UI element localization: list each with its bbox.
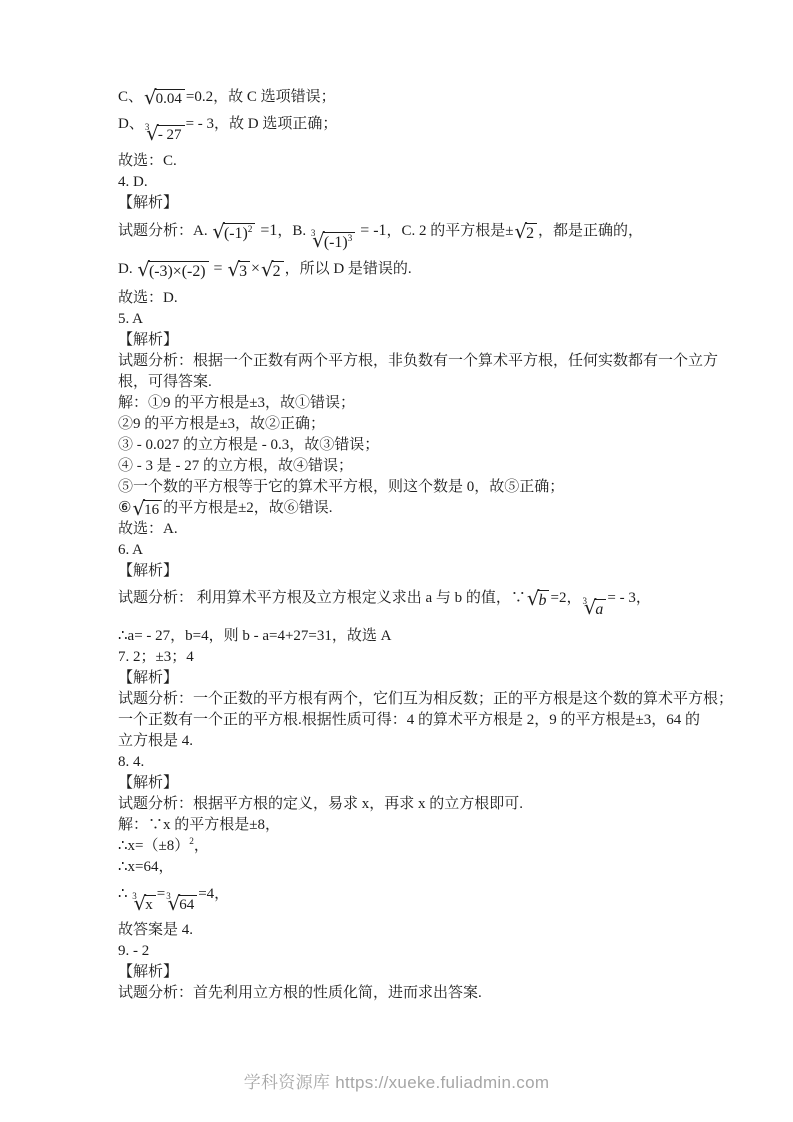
- text-segment: 5. A: [118, 311, 143, 327]
- text-segment: 立方根是 4.: [118, 733, 193, 749]
- document-line: C、√0.04=0.2，故 C 选项错误；: [118, 87, 738, 108]
- text-segment: 故选：A.: [118, 521, 178, 537]
- document-line: 5. A: [118, 309, 738, 330]
- text-segment: - 27: [158, 127, 182, 143]
- document-line: 【解析】: [118, 668, 738, 689]
- text-segment: =: [157, 886, 165, 902]
- text-segment: = - 3，故 D 选项正确；: [186, 116, 338, 132]
- radicand: (-1)3: [323, 232, 355, 253]
- text-segment: ④ - 3 是 - 27 的立方根，故④错误；: [118, 458, 353, 474]
- radicand: - 27: [157, 125, 185, 145]
- text-segment: D、: [118, 116, 144, 132]
- text-segment: = - 3，: [607, 590, 650, 606]
- square-root-radical: √2: [261, 260, 284, 282]
- text-segment: 9. - 2: [118, 943, 149, 959]
- document-line: 解：①9 的平方根是±3，故①错误；: [118, 393, 738, 414]
- text-segment: ∴a= - 27，b=4，则 b - a=4+27=31，故选 A: [118, 628, 391, 644]
- document-body: C、√0.04=0.2，故 C 选项错误；D、3√- 27= - 3，故 D 选…: [118, 0, 738, 1004]
- text-segment: ⑤一个数的平方根等于它的算术平方根，则这个数是 0，故⑤正确；: [118, 479, 564, 495]
- text-segment: C、: [118, 89, 143, 105]
- radicand: a: [594, 599, 606, 620]
- math-segment: (-3)×(-2): [149, 263, 206, 280]
- document-line: ∴x=（±8）2，: [118, 836, 738, 857]
- radicand: 16: [143, 500, 162, 520]
- document-line: 7. 2；±3；4: [118, 647, 738, 668]
- document-line: 试题分析： 利用算术平方根及立方根定义求出 a 与 b 的值，∵√b=2，3√a…: [118, 588, 738, 620]
- document-line: D、3√- 27= - 3，故 D 选项正确；: [118, 114, 738, 144]
- text-segment: 6. A: [118, 542, 143, 558]
- root-index: 3: [582, 597, 587, 606]
- document-line: 【解析】: [118, 330, 738, 351]
- footer-watermark-text: 学科资源库 https://xueke.fuliadmin.com: [244, 1073, 550, 1092]
- cube-root-radical: 3√a: [582, 598, 606, 620]
- root-index: 3: [166, 892, 171, 901]
- math-segment: 2: [273, 263, 281, 280]
- radicand: (-1)2: [223, 223, 255, 244]
- cube-root-radical: 3√- 27: [145, 124, 185, 145]
- square-root-radical: √(-1)2: [212, 222, 255, 244]
- document-line: 试题分析：首先利用立方根的性质化简，进而求出答案.: [118, 983, 738, 1004]
- document-line: 【解析】: [118, 561, 738, 582]
- text-segment: 【解析】: [118, 563, 178, 579]
- document-line: 根，可得答案.: [118, 372, 738, 393]
- radicand: 0.04: [155, 89, 185, 109]
- radicand: 64: [178, 895, 197, 915]
- text-segment: 【解析】: [118, 195, 178, 211]
- text-segment: ∴x=（±8）: [118, 838, 189, 854]
- text-segment: ，都是正确的，: [538, 223, 643, 239]
- superscript: 3: [348, 234, 353, 244]
- cube-root-radical: 3√(-1)3: [311, 231, 355, 253]
- text-segment: 试题分析：A.: [118, 223, 211, 239]
- text-segment: 0.04: [156, 91, 182, 107]
- text-segment: 【解析】: [118, 670, 178, 686]
- square-root-radical: √0.04: [144, 88, 185, 109]
- document-line: ②9 的平方根是±3，故②正确；: [118, 414, 738, 435]
- document-page: { "page": { "background": "#ffffff", "te…: [0, 0, 793, 1122]
- text-segment: =0.2，故 C 选项错误；: [186, 89, 336, 105]
- text-segment: =4，: [198, 886, 229, 902]
- document-line: 8. 4.: [118, 752, 738, 773]
- math-variable: a: [595, 601, 603, 618]
- document-line: 故选：C.: [118, 151, 738, 172]
- text-segment: x: [145, 897, 153, 913]
- text-segment: ，: [194, 838, 209, 854]
- text-segment: ，C. 2 的平方根是±: [386, 223, 513, 239]
- radicand: 3: [238, 261, 250, 282]
- text-segment: 【解析】: [118, 332, 178, 348]
- document-line: 立方根是 4.: [118, 731, 738, 752]
- footer: 学科资源库 https://xueke.fuliadmin.com: [0, 1068, 793, 1093]
- document-line: 6. A: [118, 540, 738, 561]
- document-line: 试题分析：根据平方根的定义，易求 x，再求 x 的立方根即可.: [118, 794, 738, 815]
- cube-root-radical: 3√x: [132, 894, 155, 915]
- document-line: ∴x=64，: [118, 857, 738, 878]
- text-segment: 故答案是 4.: [118, 922, 193, 938]
- text-segment: D.: [118, 261, 136, 277]
- document-line: 故答案是 4.: [118, 920, 738, 941]
- text-segment: 试题分析：根据平方根的定义，易求 x，再求 x 的立方根即可.: [118, 796, 523, 812]
- document-line: ∴ 3√x=3√64=4，: [118, 884, 738, 914]
- text-segment: 故选：C.: [118, 153, 177, 169]
- text-segment: ，B.: [277, 223, 310, 239]
- cube-root-radical: 3√64: [166, 894, 197, 915]
- text-segment: 故选：D.: [118, 290, 178, 306]
- root-index: 3: [145, 123, 150, 132]
- text-segment: 试题分析：根据一个正数有两个平方根，非负数有一个算术平方根，任何实数都有一个立方: [118, 353, 718, 369]
- document-line: 故选：D.: [118, 288, 738, 309]
- document-line: 4. D.: [118, 172, 738, 193]
- root-index: 3: [311, 229, 316, 238]
- document-line: ⑤一个数的平方根等于它的算术平方根，则这个数是 0，故⑤正确；: [118, 477, 738, 498]
- document-line: 试题分析：根据一个正数有两个平方根，非负数有一个算术平方根，任何实数都有一个立方: [118, 351, 738, 372]
- document-line: 试题分析：A. √(-1)2 =1，B. 3√(-1)3 = -1，C. 2 的…: [118, 220, 738, 253]
- superscript: 2: [248, 225, 253, 235]
- math-segment: ×: [251, 260, 260, 277]
- text-segment: 64: [179, 897, 194, 913]
- text-segment: ，所以 D 是错误的.: [285, 261, 412, 277]
- square-root-radical: √(-3)×(-2): [137, 260, 208, 282]
- document-line: ④ - 3 是 - 27 的立方根，故④错误；: [118, 456, 738, 477]
- math-variable: b: [539, 592, 547, 609]
- text-segment: =2，: [550, 590, 581, 606]
- square-root-radical: √3: [227, 260, 250, 282]
- square-root-radical: √b: [527, 589, 550, 611]
- document-line: ③ - 0.027 的立方根是 - 0.3，故③错误；: [118, 435, 738, 456]
- text-segment: 解：∵x 的平方根是±8，: [118, 817, 280, 833]
- text-segment: ∴x=64，: [118, 859, 174, 875]
- text-segment: 试题分析：一个正数的平方根有两个，它们互为相反数；正的平方根是这个数的算术平方根…: [118, 691, 733, 707]
- math-segment: (-1): [324, 234, 348, 251]
- text-segment: 8. 4.: [118, 754, 144, 770]
- text-segment: ⑥: [118, 500, 131, 516]
- text-segment: 16: [144, 502, 159, 518]
- root-index: 3: [132, 892, 137, 901]
- math-segment: (-1): [224, 225, 248, 242]
- text-segment: 【解析】: [118, 964, 178, 980]
- math-segment: =1: [256, 222, 277, 239]
- square-root-radical: √2: [514, 222, 537, 244]
- square-root-radical: √16: [132, 499, 162, 520]
- text-segment: 试题分析：首先利用立方根的性质化简，进而求出答案.: [118, 985, 482, 1001]
- document-line: 试题分析：一个正数的平方根有两个，它们互为相反数；正的平方根是这个数的算术平方根…: [118, 689, 738, 710]
- radicand: 2: [272, 261, 284, 282]
- text-segment: 的平方根是±2，故⑥错误.: [163, 500, 332, 516]
- math-segment: 3: [239, 263, 247, 280]
- radicand: 2: [525, 223, 537, 244]
- text-segment: ∴: [118, 886, 131, 902]
- document-line: 解：∵x 的平方根是±8，: [118, 815, 738, 836]
- math-segment: = -1: [356, 222, 386, 239]
- document-line: 一个正数有一个正的平方根.根据性质可得：4 的算术平方根是 2，9 的平方根是±…: [118, 710, 738, 731]
- document-line: 【解析】: [118, 773, 738, 794]
- document-line: ⑥√16的平方根是±2，故⑥错误.: [118, 498, 738, 519]
- document-line: 【解析】: [118, 193, 738, 214]
- text-segment: 根，可得答案.: [118, 374, 212, 390]
- document-line: 故选：A.: [118, 519, 738, 540]
- math-segment: 2: [526, 225, 534, 242]
- radicand: (-3)×(-2): [148, 261, 209, 282]
- radicand: b: [538, 590, 550, 611]
- radicand: x: [144, 895, 156, 915]
- text-segment: ②9 的平方根是±3，故②正确；: [118, 416, 325, 432]
- text-segment: 7. 2；±3；4: [118, 649, 194, 665]
- text-segment: 4. D.: [118, 174, 148, 190]
- text-segment: 试题分析： 利用算术平方根及立方根定义求出 a 与 b 的值，∵: [118, 590, 526, 606]
- document-line: D. √(-3)×(-2) = √3×√2，所以 D 是错误的.: [118, 258, 738, 282]
- text-segment: 一个正数有一个正的平方根.根据性质可得：4 的算术平方根是 2，9 的平方根是±…: [118, 712, 700, 728]
- text-segment: 解：①9 的平方根是±3，故①错误；: [118, 395, 355, 411]
- document-line: 9. - 2: [118, 941, 738, 962]
- math-segment: =: [210, 260, 227, 277]
- document-line: 【解析】: [118, 962, 738, 983]
- document-line: ∴a= - 27，b=4，则 b - a=4+27=31，故选 A: [118, 626, 738, 647]
- text-segment: 【解析】: [118, 775, 178, 791]
- text-segment: ③ - 0.027 的立方根是 - 0.3，故③错误；: [118, 437, 379, 453]
